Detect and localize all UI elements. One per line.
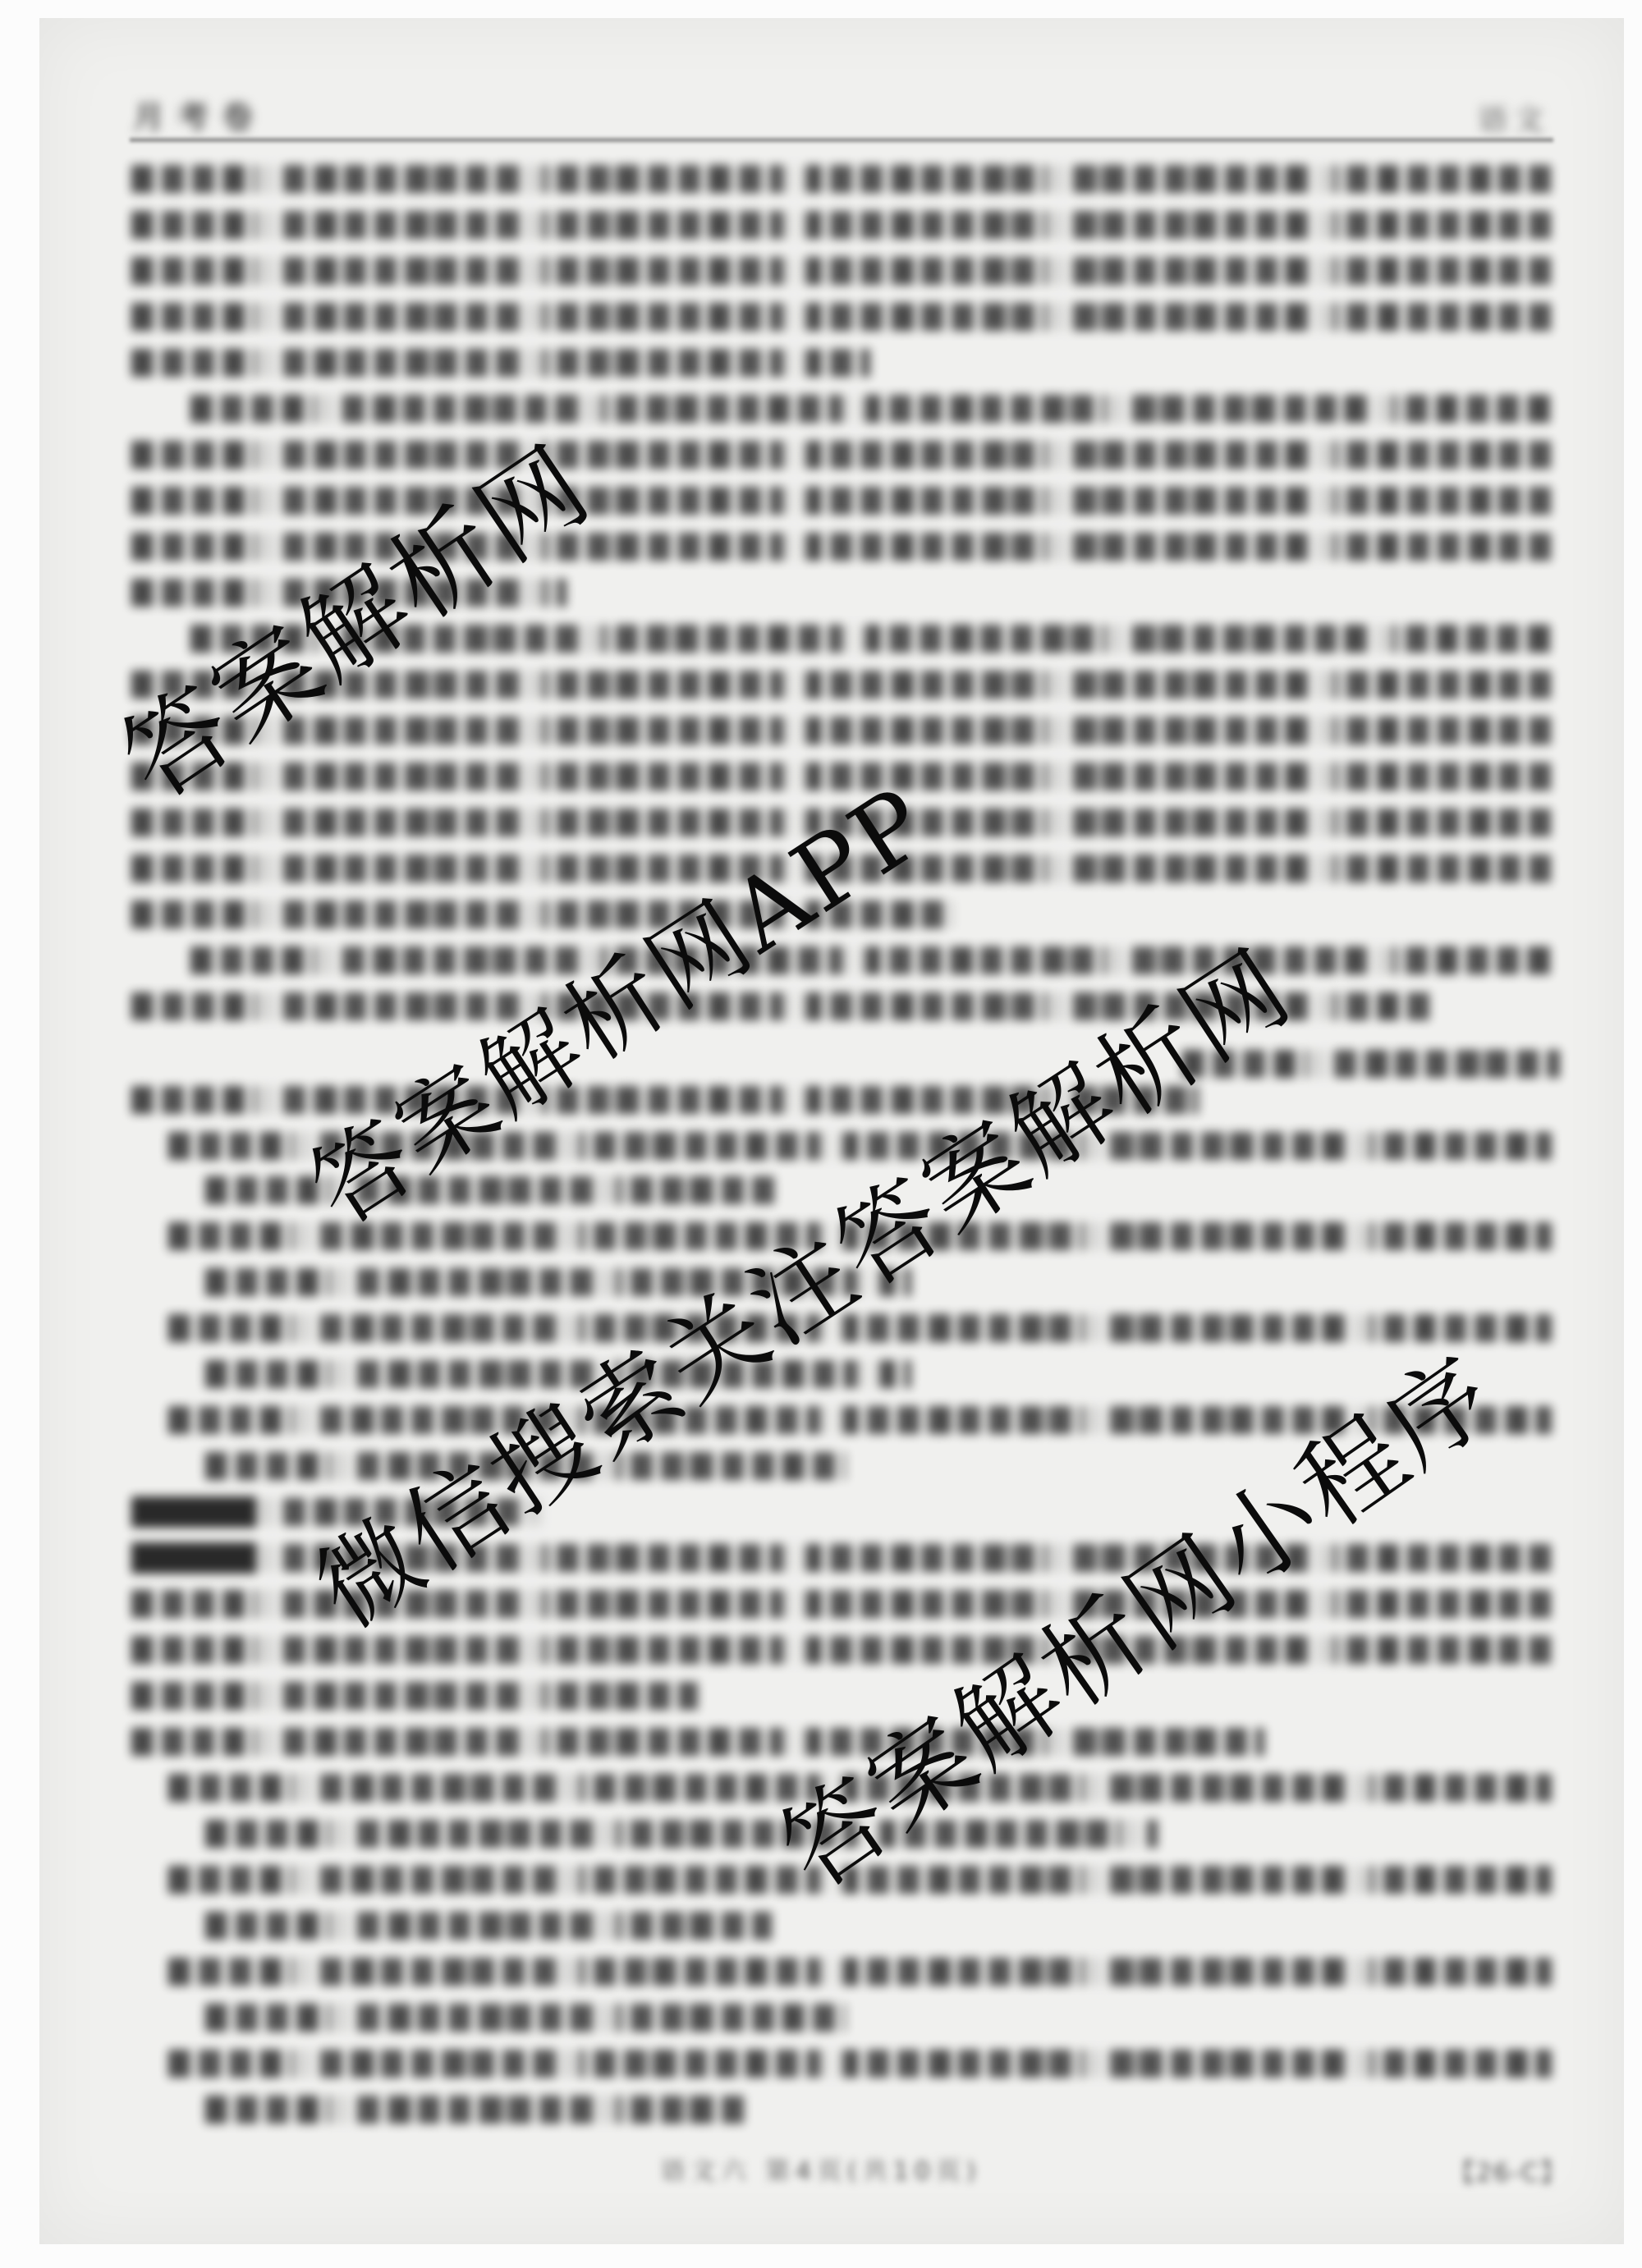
blurred-text-line-paragraph-line [131,763,1552,790]
blurred-text-line-paragraph-line [131,211,1552,239]
blurred-text-line-paragraph-line [131,165,1552,193]
blurred-text-line-option-D-line-2 [205,2096,747,2124]
footer-page-number: 语文六 第4页(共10页) [0,2151,1642,2187]
blurred-text-line-paragraph-first-line [190,946,1552,974]
header-rule [130,138,1553,142]
blurred-text-line-paragraph-line [131,303,1552,331]
blurred-text-line-option-A-line-2 [205,1820,1158,1848]
blurred-text-line-option-B-line-2 [205,1912,772,1940]
blurred-text-line-paragraph-end [131,349,870,377]
blurred-text-line-paragraph-line [131,533,1552,561]
blurred-text-line-option-D-line-1 [168,2050,1552,2078]
blurred-text-line-paragraph-line [131,441,1552,469]
blurred-text-line-paragraph-line [131,257,1552,285]
blurred-text-line-analysis-end [131,1682,698,1710]
blurred-text-line-analysis-line-3 [131,1636,1552,1664]
footer-paper-code: 【26-C】 [1450,2152,1566,2188]
blurred-text-line-paragraph-line [131,717,1552,745]
header-right-title: 语文 [1478,97,1550,139]
scanned-document-page: 月考卷 语文 答案解析网答案解析网APP微信搜索关注答案解析网答案解析网小程序 … [0,0,1642,2268]
blurred-text-line-paragraph-line [131,487,1552,515]
blurred-text-line-question-7-stem [131,1728,1264,1756]
blurred-text-line-option-C-line-2 [205,2004,846,2032]
blurred-text-line-option-C-line-1 [168,1958,1552,1986]
header-left-title: 月考卷 [133,92,266,137]
blurred-text-line-paragraph-first-line [190,395,1552,423]
blurred-text-line-option-A-line-2 [205,1176,780,1204]
